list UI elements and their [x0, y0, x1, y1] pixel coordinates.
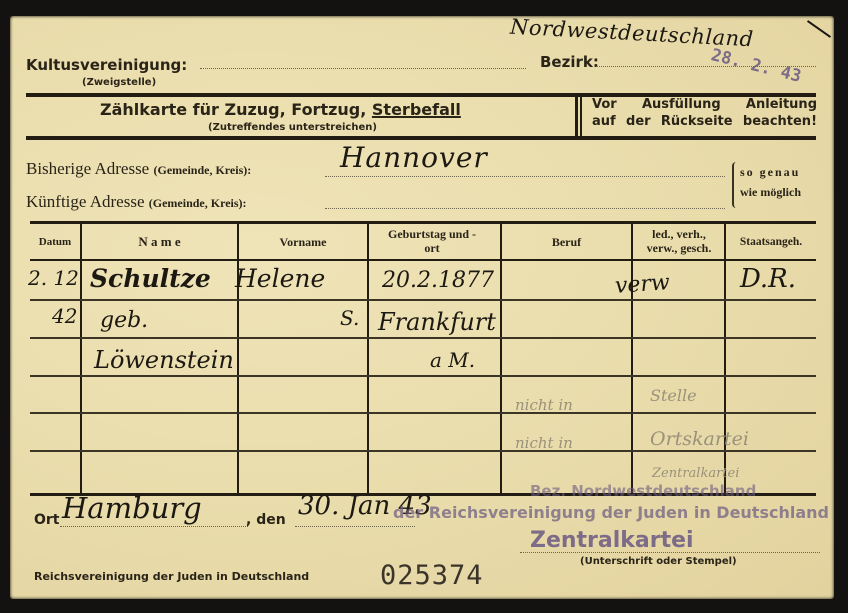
col-divider	[631, 222, 633, 494]
header-datum: Datum	[30, 235, 80, 249]
strike-mark	[807, 20, 831, 38]
ort-field	[60, 526, 248, 527]
entry-geb: geb.	[100, 308, 148, 333]
stamp-line-3: Zentralkartei	[530, 528, 694, 553]
stamp-line-2: der Reichsvereinigung der Juden in Deuts…	[393, 503, 829, 522]
entry-birth-place-2: a M.	[430, 348, 475, 372]
entry-datum-2: 42	[52, 304, 77, 328]
previous-address-title: Bisherige Adresse	[26, 159, 149, 178]
previous-address-value: Hannover	[340, 141, 488, 174]
entry-birth-place: Frankfurt	[378, 308, 496, 336]
title-subtitle: (Zutreffendes unterstreichen)	[208, 122, 377, 133]
entry-vorname-mark: S.	[340, 306, 359, 330]
title-sterbefall-underlined: Sterbefall	[372, 100, 461, 119]
date-field	[295, 526, 415, 527]
col-divider	[724, 222, 726, 494]
brace	[732, 162, 738, 208]
row-line	[30, 299, 816, 301]
kultusvereinigung-field	[200, 68, 526, 69]
org-name: Reichsvereinigung der Juden in Deutschla…	[34, 570, 309, 583]
table-header-border	[30, 259, 816, 261]
pencil-note-beruf-1: nicht in	[515, 396, 573, 414]
future-address-label: Künftige Adresse (Gemeinde, Kreis):	[26, 192, 247, 212]
entry-familienstand: verw	[614, 270, 670, 299]
divider	[26, 136, 816, 140]
entry-surname: Schultze	[90, 264, 211, 293]
entry-maiden-name: Löwenstein	[94, 346, 234, 374]
instruction-note: Vor Ausfüllung Anleitung auf der Rücksei…	[592, 96, 817, 130]
future-address-field	[325, 208, 725, 209]
divider	[580, 96, 582, 136]
previous-address-label: Bisherige Adresse (Gemeinde, Kreis):	[26, 159, 251, 179]
registration-card: Kultusvereinigung: (Zweigstelle) Bezirk:…	[10, 16, 834, 599]
instruction-line-1: Vor Ausfüllung Anleitung	[592, 96, 817, 113]
serial-number: 025374	[380, 560, 484, 591]
pencil-note-stand-3: Zentralkartei	[652, 466, 739, 481]
future-address-sub: (Gemeinde, Kreis):	[149, 196, 247, 210]
entry-birth-date: 20.2.1877	[382, 268, 494, 293]
card-title: Zählkarte für Zuzug, Fortzug, Sterbefall	[100, 100, 461, 119]
pencil-note-stand-2: Ortskartei	[650, 428, 749, 450]
future-address-title: Künftige Adresse	[26, 192, 145, 211]
table-top-border	[30, 221, 816, 224]
ort-value: Hamburg	[62, 491, 202, 525]
stamp-line-1: Bez. Nordwestdeutschland	[530, 482, 756, 500]
bezirk-label: Bezirk:	[540, 53, 599, 71]
address-note: so genau wie möglich	[740, 162, 801, 202]
ort-label: Ort	[34, 512, 60, 528]
den-label: , den	[246, 512, 286, 528]
row-line	[30, 450, 816, 452]
address-note-line-2: wie möglich	[740, 182, 801, 202]
signature-label: (Unterschrift oder Stempel)	[580, 556, 737, 567]
instruction-line-2: auf der Rückseite beachten!	[592, 113, 817, 130]
pencil-note-beruf-2: nicht in	[515, 434, 573, 452]
header-familienstand: led., verh., verw., gesch.	[638, 227, 720, 255]
row-line	[30, 337, 816, 339]
address-note-line-1: so genau	[740, 162, 801, 182]
title-prefix: Zählkarte für Zuzug, Fortzug,	[100, 100, 372, 119]
previous-address-field	[325, 176, 725, 177]
header-staatsangehoerigkeit: Staatsangeh.	[726, 235, 816, 249]
entry-datum-1: 2. 12	[28, 266, 79, 290]
kultusvereinigung-label: Kultusvereinigung:	[26, 56, 187, 74]
col-divider	[80, 222, 82, 494]
header-name: N a m e	[82, 235, 237, 249]
header-vorname: Vorname	[239, 235, 367, 249]
entry-vorname: Helene	[235, 264, 325, 293]
row-line	[30, 412, 816, 414]
col-divider	[500, 222, 502, 494]
signature-field	[520, 552, 820, 553]
previous-address-sub: (Gemeinde, Kreis):	[153, 163, 251, 177]
date-stamp: 28. 2. 43	[709, 45, 803, 87]
col-divider	[367, 222, 369, 494]
entry-staatsangehoerigkeit: D.R.	[740, 264, 796, 294]
divider	[575, 96, 578, 136]
col-divider	[237, 222, 239, 494]
zweigstelle-label: (Zweigstelle)	[82, 77, 156, 88]
pencil-note-stand-1: Stelle	[650, 386, 697, 405]
header-beruf: Beruf	[502, 235, 631, 249]
row-line	[30, 375, 816, 377]
header-geburtstag: Geburtstag und -ort	[382, 227, 482, 255]
